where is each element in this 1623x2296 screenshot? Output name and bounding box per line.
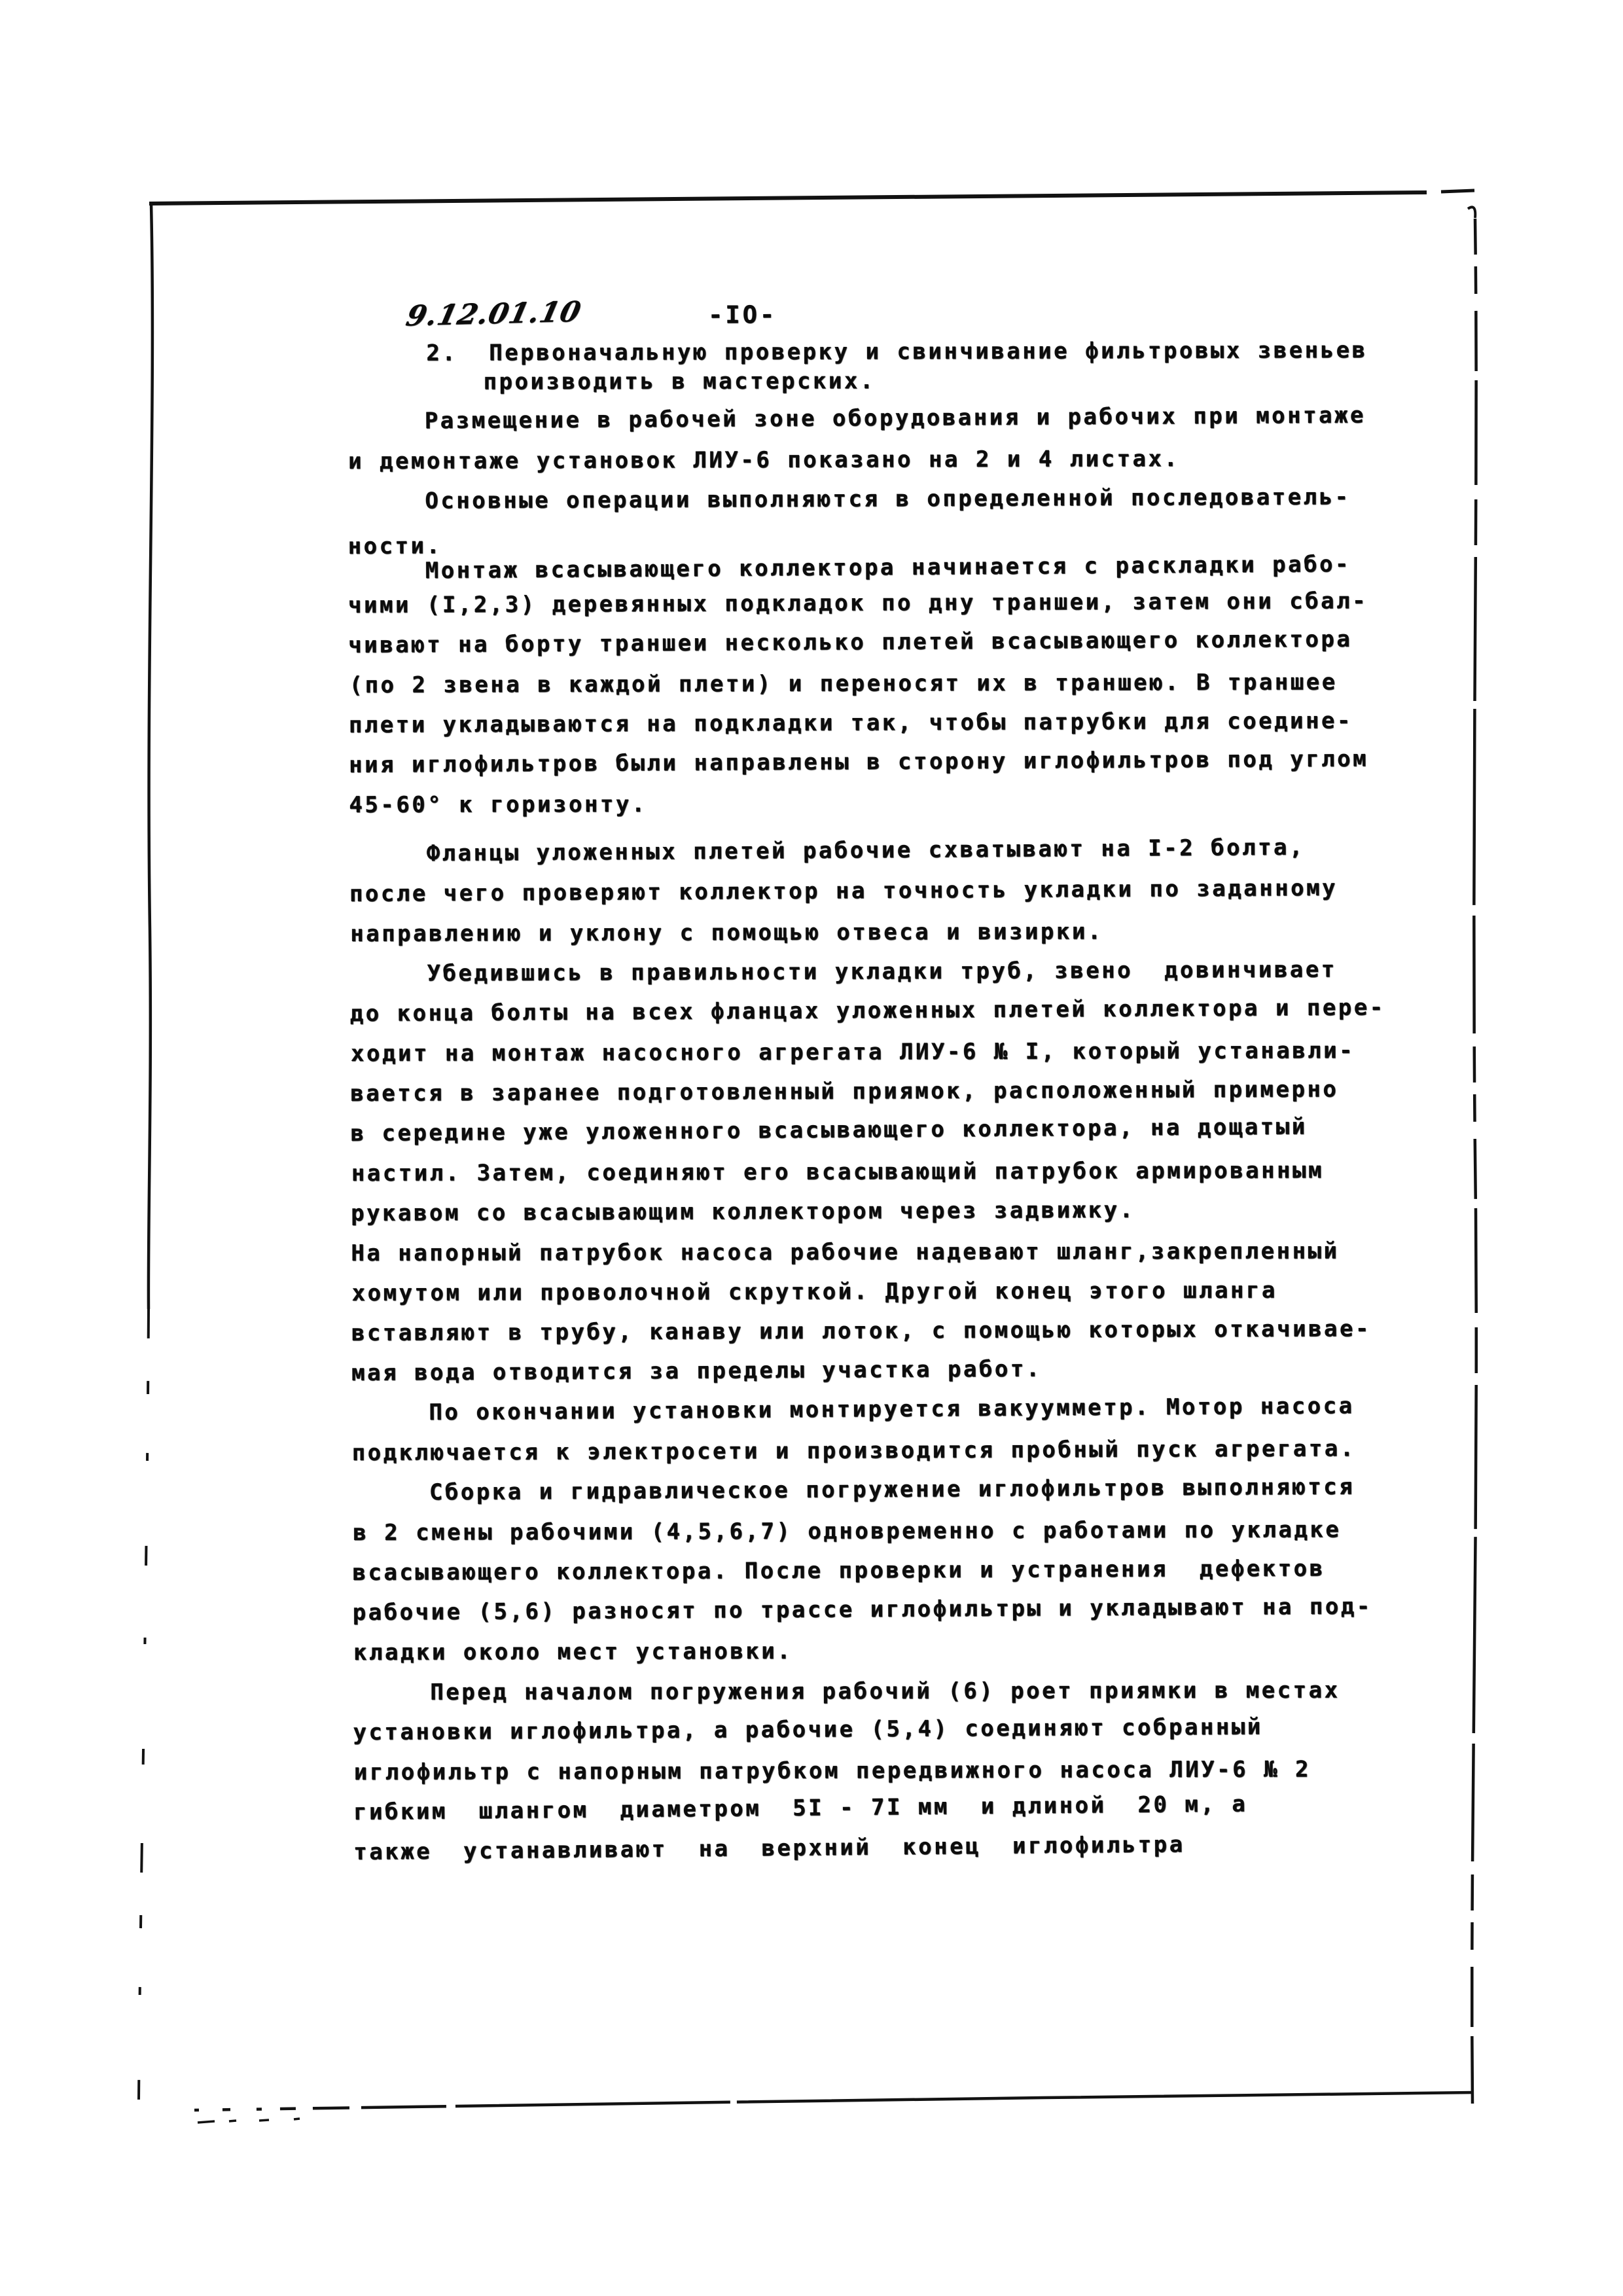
text-line: На напорный патрубок насоса рабочие наде… (351, 1238, 1476, 1280)
text-line: в 2 смены рабочими (4,5,6,7) одновременн… (353, 1516, 1478, 1560)
text-line: Основные операции выполняются в определе… (348, 483, 1473, 533)
text-line: (по 2 звена в каждой плети) и переносят … (349, 669, 1475, 712)
text-line: установки иглофильтра, а рабочие (5,4) с… (353, 1712, 1478, 1759)
text-line: вставляют в трубу, канаву или лоток, с п… (351, 1315, 1477, 1360)
text-line: плети укладываются на подкладки так, что… (349, 707, 1474, 752)
border-left-line (149, 204, 152, 1309)
text-line: Фланцы уложенных плетей рабочие схватыва… (349, 833, 1475, 881)
text-line: до конца болты на всех фланцах уложенных… (350, 994, 1476, 1041)
text-line: рукавом со всасывающим коллектором через… (351, 1195, 1476, 1240)
text-line: хомутом или проволочной скруткой. Другой… (352, 1277, 1478, 1320)
page-content: 9.12.01.10 -IO- 2. Первоначальную провер… (347, 297, 1479, 1878)
border-top-dash (1441, 190, 1474, 192)
text-line: кладки около мест установки. (353, 1636, 1479, 1679)
text-line: и демонтаже установок ЛИУ-6 показано на … (348, 445, 1474, 488)
border-bottom-specks (198, 2119, 300, 2123)
border-bottom-line (194, 2092, 1474, 2110)
text-line: Размещение в рабочей зоне оборудования и… (348, 401, 1473, 448)
page-number: -IO- (708, 300, 777, 329)
border-left-dashes (139, 1309, 149, 2100)
text-line: рабочие (5,6) разносят по трассе иглофил… (353, 1592, 1478, 1640)
border-right-hook (1468, 207, 1475, 218)
text-line: подключается к электросети и производитс… (352, 1435, 1478, 1480)
text-line: Монтаж всасывающего коллектора начинаетс… (348, 550, 1474, 592)
text-line: после чего проверяют коллектор на точнос… (349, 874, 1475, 921)
text-line: По окончании установки монтируется вакуу… (351, 1392, 1477, 1440)
text-line: в середине уже уложенного всасывающего к… (350, 1113, 1476, 1160)
border-top-line (149, 192, 1427, 204)
text-line: всасывающего коллектора. После проверки … (352, 1554, 1478, 1600)
text-line: Сборка и гидравлическое погружение иглоф… (352, 1473, 1478, 1520)
text-line: направлению и уклону с помощью отвеса и … (350, 918, 1476, 961)
doc-number: 9.12.01.10 (403, 296, 584, 333)
text-block: 2. Первоначальную проверку и свинчивание… (347, 335, 1479, 1878)
text-line: настил. Затем, соединяют его всасывающий… (351, 1157, 1477, 1200)
text-line: чивают на борту траншеи несколько плетей… (348, 625, 1474, 672)
text-line: Убедившись в правильности укладки труб, … (349, 956, 1475, 1001)
text-line: 45-60° к горизонту. (349, 789, 1474, 841)
page-header: 9.12.01.10 -IO- (347, 297, 1472, 340)
text-line: чими (I,2,3) деревянных подкладок по дну… (348, 587, 1474, 632)
text-line: 2. Первоначальную проверку и свинчивание… (348, 337, 1473, 369)
scanned-page: 9.12.01.10 -IO- 2. Первоначальную провер… (0, 0, 1623, 2296)
text-line: ходит на монтаж насосного агрегата ЛИУ-6… (351, 1037, 1476, 1081)
text-line: ния иглофильтров были направлены в сторо… (349, 745, 1474, 792)
